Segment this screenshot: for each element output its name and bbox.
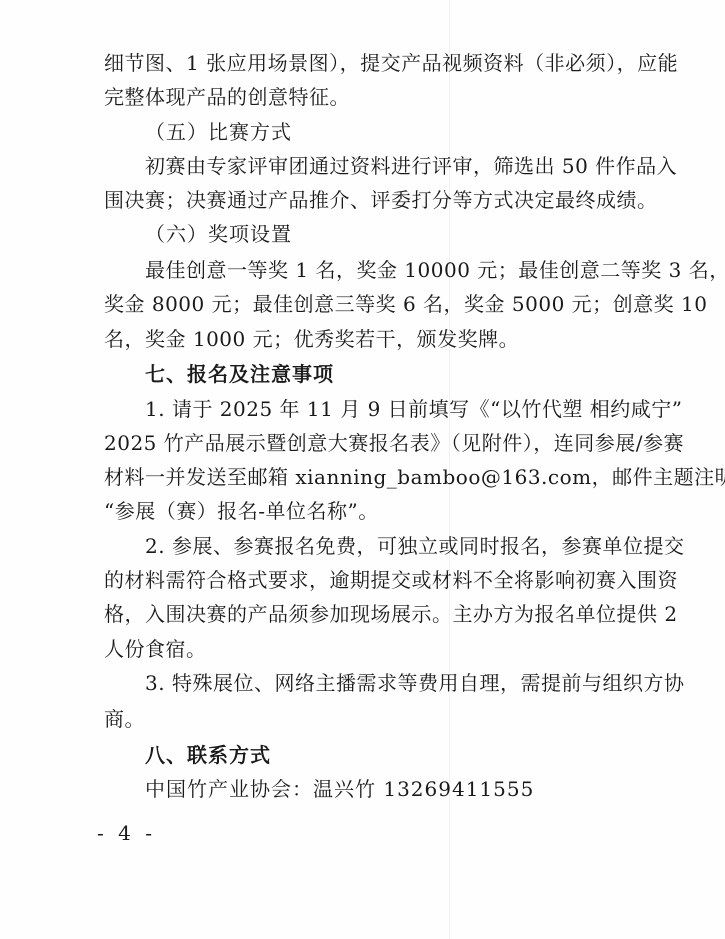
paragraph-line: 奖金 8000 元；最佳创意三等奖 6 名，奖金 5000 元；创意奖 10 <box>104 291 642 317</box>
paragraph-line: 2. 参展、参赛报名免费，可独立或同时报名，参赛单位提交 <box>145 533 642 559</box>
paragraph-line: 格，入围决赛的产品须参加现场展示。主办方为报名单位提供 2 <box>104 601 642 627</box>
paragraph-line: “参展（赛）报名-单位名称”。 <box>104 498 642 524</box>
paragraph-line: 围决赛；决赛通过产品推介、评委打分等方式决定最终成绩。 <box>104 187 642 213</box>
paragraph-line: 商。 <box>104 706 642 732</box>
paragraph-line: 名，奖金 1000 元；优秀奖若干，颁发奖牌。 <box>104 326 642 352</box>
paragraph-line: 2025 竹产品展示暨创意大赛报名表》（见附件），连同参展/参赛 <box>104 430 642 456</box>
section-heading-competition-method: （五）比赛方式 <box>145 119 292 145</box>
paragraph-line: 3. 特殊展位、网络主播需求等费用自理，需提前与组织方协 <box>145 670 642 696</box>
paragraph-line: 最佳创意一等奖 1 名，奖金 10000 元；最佳创意二等奖 3 名， <box>145 257 642 283</box>
document-page: 细节图、1 张应用场景图），提交产品视频资料（非必须），应能 完整体现产品的创意… <box>0 0 725 939</box>
section-heading-registration: 七、报名及注意事项 <box>145 361 334 387</box>
paragraph-line: 完整体现产品的创意特征。 <box>104 84 642 110</box>
paragraph-line: 的材料需符合格式要求，逾期提交或材料不全将影响初赛入围资 <box>104 567 642 593</box>
paragraph-line: 人份食宿。 <box>104 636 642 662</box>
section-heading-contact: 八、联系方式 <box>145 742 271 768</box>
contact-line: 中国竹产业协会：温兴竹 13269411555 <box>145 776 534 802</box>
paragraph-line-email: 材料一并发送至邮箱 xianning_bamboo@163.com，邮件主题注明 <box>104 464 642 490</box>
paragraph-line: 初赛由专家评审团通过资料进行评审，筛选出 50 件作品入 <box>145 153 642 179</box>
paragraph-line: 1. 请于 2025 年 11 月 9 日前填写《“以竹代塑 相约咸宁” <box>145 396 642 422</box>
section-heading-awards: （六）奖项设置 <box>145 221 292 247</box>
paragraph-line: 细节图、1 张应用场景图），提交产品视频资料（非必须），应能 <box>104 50 642 76</box>
page-number: - 4 - <box>97 820 156 846</box>
